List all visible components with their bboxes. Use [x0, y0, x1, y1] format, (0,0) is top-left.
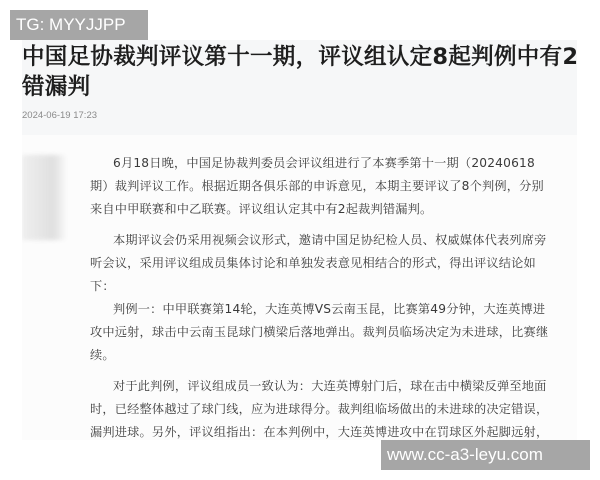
body-line: 下： [90, 278, 115, 294]
body-line: 6月18日晚，中国足协裁判委员会评议组进行了本赛季第十一期（20240618 [113, 155, 535, 171]
watermark-top: TG: MYYJJPP [10, 10, 148, 40]
image-smudge [22, 155, 67, 240]
article-screenshot: 中国足协裁判评议第十一期，评议组认定8起判例中有2起 错漏判 2024-06-1… [22, 40, 577, 440]
body-line: 对于此判例，评议组成员一致认为：大连英博射门后，球在击中横梁反弹至地面 [113, 378, 547, 394]
article-body: 6月18日晚，中国足协裁判委员会评议组进行了本赛季第十一期（20240618 期… [22, 135, 577, 440]
article-header: 中国足协裁判评议第十一期，评议组认定8起判例中有2起 错漏判 2024-06-1… [22, 40, 577, 135]
article-title: 中国足协裁判评议第十一期，评议组认定8起判例中有2起 错漏判 [22, 42, 577, 102]
body-line: 攻中远射，球击中云南玉昆球门横梁后落地弹出。裁判员临场决定为未进球，比赛继 [90, 324, 548, 340]
body-line: 来自中甲联赛和中乙联赛。评议组认定其中有2起裁判错漏判。 [90, 201, 432, 217]
title-line-1: 中国足协裁判评议第十一期，评议组认定8起判例中有2起 [22, 44, 577, 70]
body-line: 本期评议会仍采用视频会议形式，邀请中国足协纪检人员、权威媒体代表列席旁 [113, 232, 547, 248]
publish-date: 2024-06-19 17:23 [22, 110, 97, 121]
body-line: 判例一：中甲联赛第14轮，大连英博VS云南玉昆，比赛第49分钟，大连英博进 [113, 301, 545, 317]
body-line: 续。 [90, 347, 115, 363]
body-line: 时，已经整体越过了球门线，应为进球得分。裁判组临场做出的未进球的决定错误， [90, 401, 548, 417]
watermark-bottom: www.cc-a3-leyu.com [381, 440, 590, 470]
title-line-2: 错漏判 [22, 72, 577, 102]
body-line: 期）裁判评议工作。根据近期各俱乐部的申诉意见，本期主要评议了8个判例，分别 [90, 178, 544, 194]
body-line: 听会议，采用评议组成员集体讨论和单独发表意见相结合的形式，得出评议结论如 [90, 255, 536, 271]
body-line: 漏判进球。另外，评议组指出：在本判例中，大连英博进攻中在罚球区外起脚远射， [90, 424, 548, 440]
